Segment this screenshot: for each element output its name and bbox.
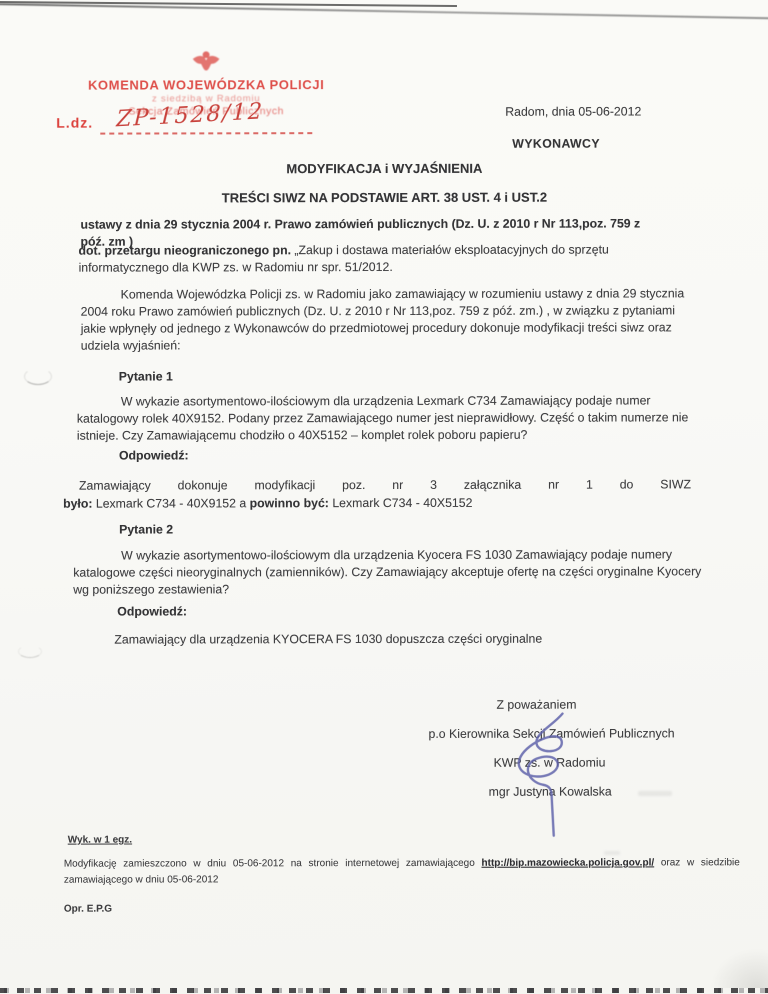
handwritten-signature-icon [498, 710, 594, 845]
question2-text: W wykazie asortymentowo-ilościowym dla u… [73, 546, 715, 598]
prepared-by-note: Opr. E.P.G [64, 902, 112, 918]
stamp-org-name: KOMENDA WOJEWÓDZKA POLICJI [84, 77, 328, 93]
scan-corner-smudge [710, 948, 768, 988]
answer1-heading: Odpowiedź: [119, 447, 189, 464]
scan-bottom-dashed-edge [0, 988, 768, 993]
was-should-line: było: Lexmark C734 - 40X9152 a powinno b… [63, 494, 703, 512]
eagle-emblem-icon [84, 50, 328, 78]
question1-heading: Pytanie 1 [119, 368, 173, 385]
date-line: Radom, dnia 05-06-2012 [505, 103, 641, 120]
document-title-line2: TREŚCI SIWZ NA PODSTAWIE ART. 38 UST. 4 … [0, 188, 768, 207]
recipient-label: WYKONAWCY [512, 136, 600, 153]
scanned-document-page: KOMENDA WOJEWÓDZKA POLICJI z siedzibą w … [0, 0, 768, 994]
bip-url-text: http://bip.mazowiecka.policja.gov.pl/ [481, 857, 654, 868]
answer2-text: Zamawiający dla urządzenia KYOCERA FS 10… [114, 631, 542, 649]
publication-note: Modyfikację zamieszczono w dniu 05-06-20… [64, 855, 740, 888]
should-label: powinno być: [250, 496, 329, 510]
copies-note: Wyk. w 1 egz. [68, 833, 132, 849]
publication-note-before: Modyfikację zamieszczono w dniu 05-06-20… [64, 858, 482, 870]
ldz-stamp-label: L.dz. [56, 115, 93, 131]
should-value: Lexmark C734 - 40X5152 [329, 496, 473, 510]
pencil-smudge-mark [604, 851, 620, 855]
question2-heading: Pytanie 2 [119, 521, 173, 538]
question1-text: W wykazie asortymentowo-ilościowym dla u… [77, 392, 711, 444]
intro-paragraph: Komenda Wojewódzka Policji zs. w Radomiu… [81, 285, 697, 354]
document-title-line1: MODYFIKACJA i WYJAŚNIENIA [0, 159, 768, 178]
stamp-dotted-line [100, 132, 312, 134]
subject-paragraph: dot. przetargu nieograniczonego pn. „Zak… [79, 241, 644, 276]
pencil-smudge-mark [638, 791, 672, 796]
subject-lead: dot. przetargu nieograniczonego pn. [79, 243, 291, 257]
modification-line: Zamawiający dokonuje modyfikacji poz. nr… [79, 476, 691, 494]
document-content: KOMENDA WOJEWÓDZKA POLICJI z siedzibą w … [0, 0, 768, 1]
was-label: było: [63, 497, 92, 511]
punch-hole-mark [18, 645, 42, 658]
punch-hole-mark [24, 368, 52, 385]
answer2-heading: Odpowiedź: [117, 603, 187, 620]
was-value: Lexmark C734 - 40X9152 a [92, 496, 249, 510]
